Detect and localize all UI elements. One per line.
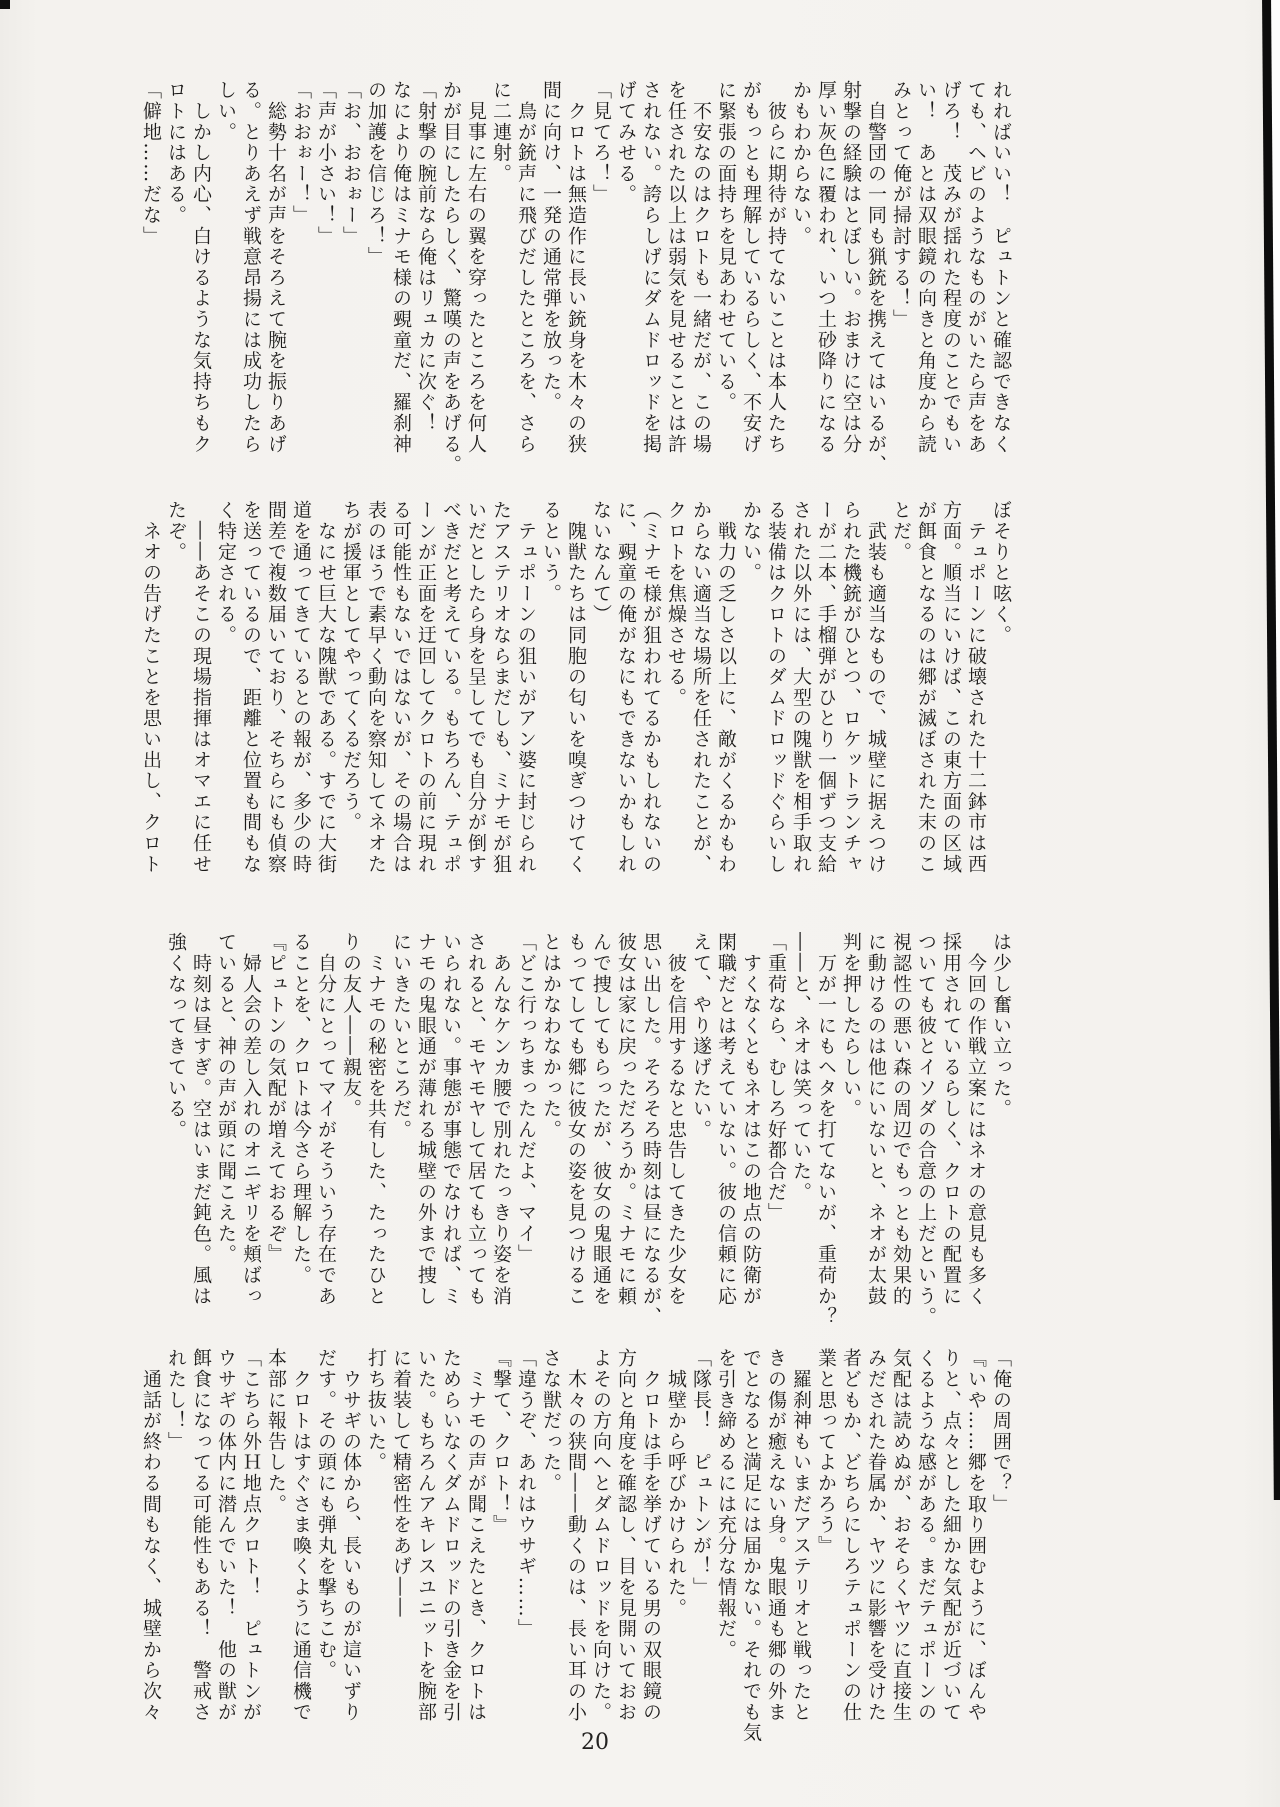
vertical-text-block-4: 「俺の周囲で？」 『いや……郷を取り囲むように、ぼんや りと、点々とした細かな気… bbox=[138, 1348, 1013, 1743]
scan-corner-artifact bbox=[0, 0, 10, 9]
vertical-text-block-3: は少し奮い立った。 今回の作戦立案にはネオの意見も多く 採用されているらしく、ク… bbox=[163, 932, 1013, 1327]
vertical-text-block-1: れればいい！ ピュトンと確認できなく ても、ヘビのようなものがいたら声をあ げろ… bbox=[138, 80, 1013, 475]
scanned-novel-page: れればいい！ ピュトンと確認できなく ても、ヘビのようなものがいたら声をあ げろ… bbox=[0, 0, 1280, 1807]
page-number: 20 bbox=[555, 1730, 635, 1755]
vertical-text-block-2: ぼそりと呟く。 テュポーンに破壊された十二鉢市は西 方面。順当にいけば、この東方… bbox=[138, 500, 1013, 874]
